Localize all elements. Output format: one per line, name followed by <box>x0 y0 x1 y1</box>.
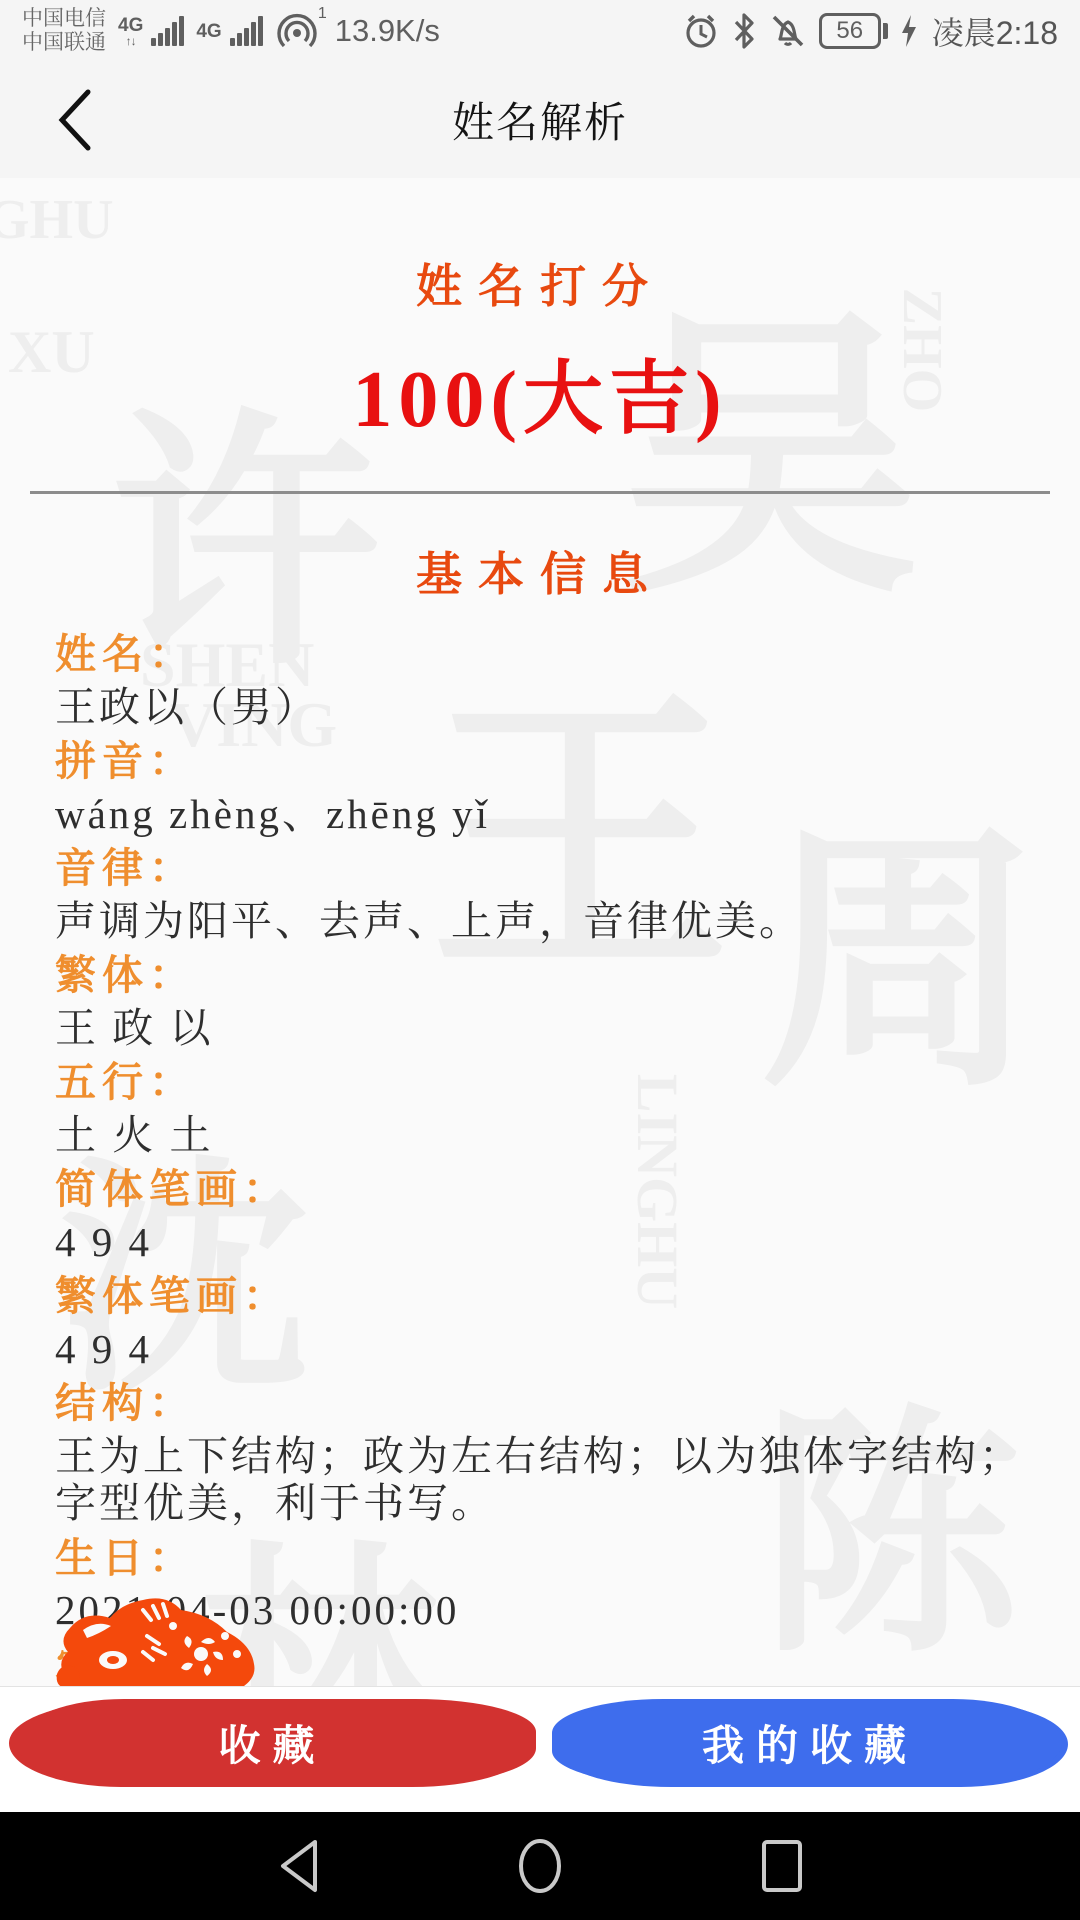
field-value: 4 9 4 <box>55 1219 1028 1266</box>
nav-recents-button[interactable] <box>752 1836 812 1896</box>
section-divider <box>30 491 1050 494</box>
field-label: 结构： <box>55 1381 1028 1427</box>
field-value: 王 政 以 <box>55 1005 1028 1052</box>
field-label: 姓名： <box>55 632 1028 678</box>
alarm-icon <box>681 11 721 51</box>
android-nav-bar <box>0 1812 1080 1920</box>
battery-icon: 56 <box>819 13 888 49</box>
field-value: wáng zhèng、zhēng yǐ <box>55 791 1028 838</box>
my-favorites-button[interactable]: 我的收藏 <box>558 1701 1062 1785</box>
network-type-1: 4G ↑↓ <box>118 16 143 47</box>
carrier-1: 中国电信 <box>22 7 106 31</box>
field-value: 4 9 4 <box>55 1326 1028 1373</box>
signal-bars-icon <box>151 16 184 46</box>
bluetooth-icon <box>731 11 757 51</box>
hotspot-icon: 1 <box>277 11 317 51</box>
home-circle-icon <box>516 1837 564 1895</box>
field-label: 繁体笔画： <box>55 1274 1028 1320</box>
field-value: 声调为阳平、去声、上声，音律优美。 <box>55 898 1028 945</box>
carrier-2: 中国联通 <box>22 31 106 55</box>
field-value: 王政以（男） <box>55 684 1028 731</box>
field-label: 五行： <box>55 1060 1028 1106</box>
battery-level: 56 <box>836 17 863 45</box>
favorite-button-label: 收藏 <box>218 1713 326 1773</box>
status-bar: 中国电信 中国联通 4G ↑↓ 4G 1 13.9K/s <box>0 0 1080 62</box>
footer-bar: 收藏 我的收藏 <box>0 1686 1080 1812</box>
header: 姓名解析 <box>0 62 1080 178</box>
field-value: 王为上下结构；政为左右结构；以为独体字结构；字型优美，利于书写。 <box>55 1433 1028 1527</box>
info-section-title: 基本信息 <box>0 538 1080 604</box>
field-value: 土 火 土 <box>55 1112 1028 1159</box>
clock-time: 凌晨2:18 <box>932 8 1058 54</box>
network-type-2: 4G <box>196 22 221 41</box>
network-speed: 13.9K/s <box>335 13 440 49</box>
ox-papercut-icon <box>55 1596 261 1688</box>
field-label: 简体笔画： <box>55 1167 1028 1213</box>
favorite-button[interactable]: 收藏 <box>15 1701 530 1785</box>
score-section-title: 姓名打分 <box>0 250 1080 316</box>
field-label: 生日： <box>55 1536 1028 1582</box>
charging-bolt-icon <box>898 13 920 49</box>
page-title: 姓名解析 <box>0 62 1080 178</box>
hotspot-count: 1 <box>318 5 327 23</box>
mute-bell-icon <box>767 11 809 51</box>
name-analysis-content: 姓名打分 100(大吉) 基本信息 姓名： 王政以（男） 拼音： wáng zh… <box>0 178 1080 1686</box>
field-label: 繁体： <box>55 953 1028 999</box>
back-triangle-icon <box>277 1838 319 1894</box>
recents-square-icon <box>760 1838 804 1894</box>
nav-back-button[interactable] <box>268 1836 328 1896</box>
name-score: 100(大吉) <box>0 334 1080 449</box>
signal-bars-icon <box>230 16 263 46</box>
my-favorites-button-label: 我的收藏 <box>702 1713 918 1773</box>
carrier-names: 中国电信 中国联通 <box>22 7 106 55</box>
data-arrows-icon: ↑↓ <box>126 35 136 47</box>
field-label: 音律： <box>55 846 1028 892</box>
field-label: 拼音： <box>55 739 1028 785</box>
nav-home-button[interactable] <box>510 1836 570 1896</box>
